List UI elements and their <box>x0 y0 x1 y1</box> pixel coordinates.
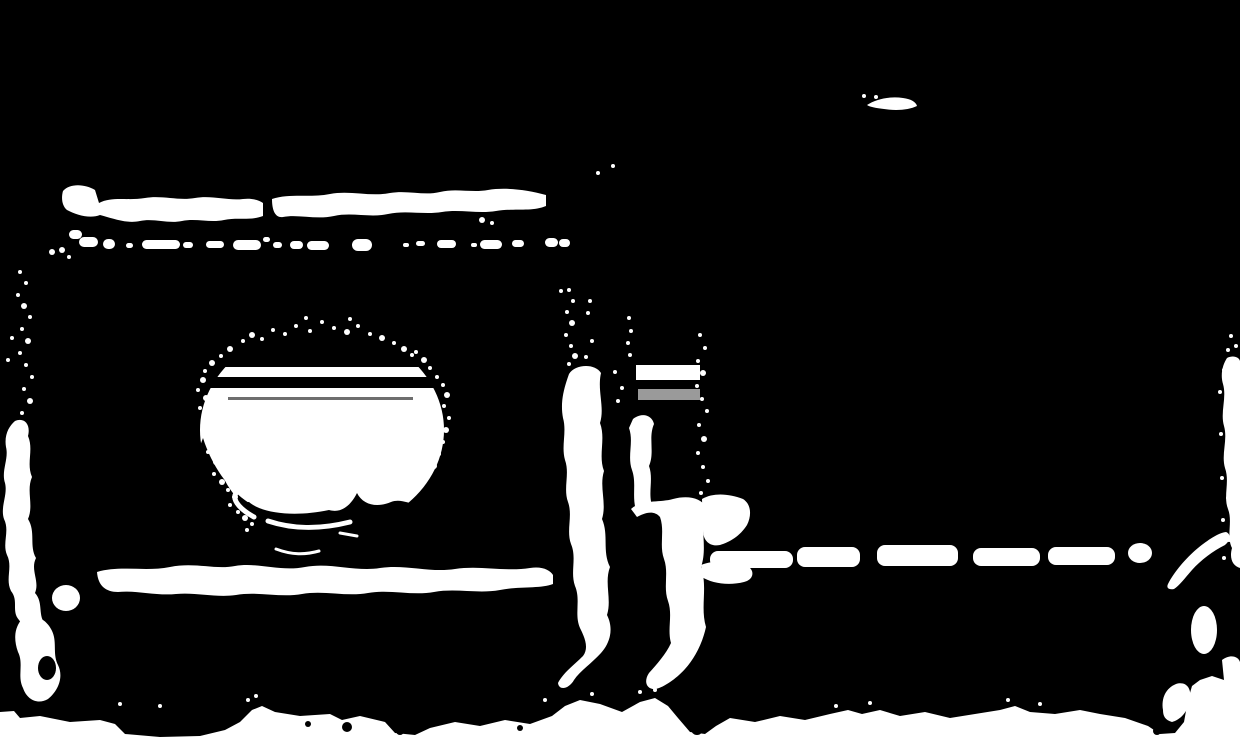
middle-blind-bar-white <box>636 365 700 380</box>
background <box>0 0 1240 740</box>
washer-bottom-highlight <box>97 565 553 596</box>
middle-blind-bar-gray <box>638 389 700 400</box>
door-top-shadow-cap <box>196 316 452 367</box>
bottom-left-blob-hole <box>38 656 56 680</box>
binarized-photo-canvas <box>0 0 1240 740</box>
scene-svg <box>0 0 1240 740</box>
door-blind-dark-stripe <box>196 377 452 388</box>
left-edge-lobe <box>52 585 80 611</box>
right-edge-oval <box>1191 606 1217 654</box>
right-appliance-dash-knob <box>1128 543 1152 563</box>
door-blind-gray-line <box>228 397 413 400</box>
